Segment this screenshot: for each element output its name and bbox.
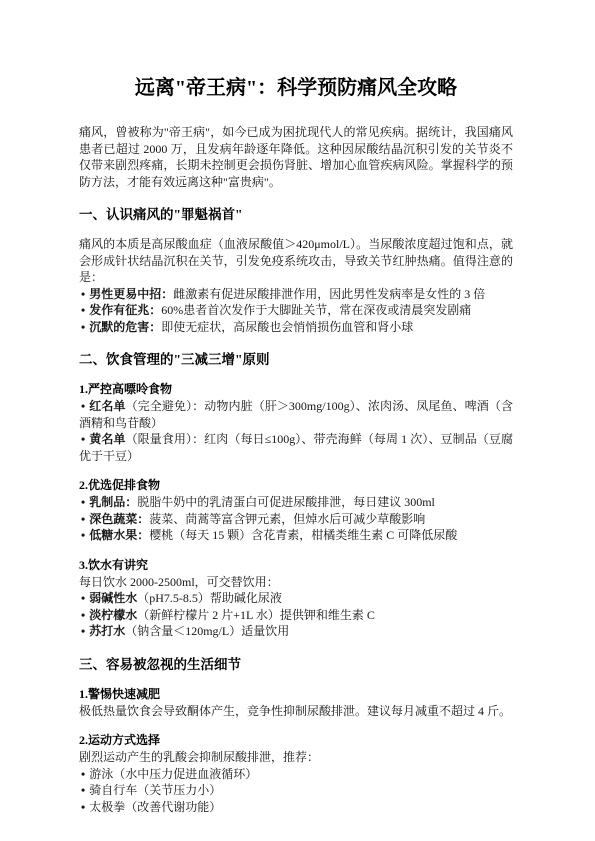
bullet-item-red-list: 红名单（完全避免）：动物内脏（肝＞300mg/100g）、浓肉汤、凤尾鱼、啤酒（… (79, 398, 513, 431)
bullet-item-male-risk: 男性更易中招：雌激素有促进尿酸排泄作用，因此男性发病率是女性的 3 倍 (79, 286, 513, 303)
section-1-paragraph: 痛风的本质是高尿酸血症（血液尿酸值＞420μmol/L）。当尿酸浓度超过饱和点，… (79, 236, 513, 286)
bullet-item-yellow-list: 黄名单（限量食用）：红肉（每日≤100g）、带壳海鲜（每周 1 次）、豆制品（豆… (79, 431, 513, 464)
weightloss-paragraph: 极低热量饮食会导致酮体产生，竞争性抑制尿酸排泄。建议每月减重不超过 4 斤。 (79, 703, 513, 720)
subsection-purine-heading: 1.严控高嘌呤食物 (79, 381, 513, 398)
bullet-lead: 深色蔬菜： (89, 512, 149, 526)
water-intro-paragraph: 每日饮水 2000-2500ml，可交替饮用： (79, 574, 513, 591)
bullet-text: 即使无症状，高尿酸也会悄悄损伤血管和肾小球 (161, 320, 413, 334)
bullet-lead: 红名单 (89, 399, 125, 413)
document-page: 远离"帝王病"：科学预防痛风全攻略 痛风，曾被称为"帝王病"，如今已成为困扰现代… (0, 0, 595, 841)
exercise-intro-paragraph: 剧烈运动产生的乳酸会抑制尿酸排泄，推荐： (79, 749, 513, 766)
section-3-heading: 三、容易被忽视的生活细节 (79, 656, 513, 673)
bullet-item-dark-vegetables: 深色蔬菜：菠菜、茼蒿等富含钾元素，但焯水后可减少草酸影响 (79, 511, 513, 528)
bullet-item-cycling: 骑自行车（关节压力小） (79, 782, 513, 799)
bullet-text: （限量食用）：红肉（每日≤100g）、带壳海鲜（每周 1 次）、豆制品（豆腐优于… (79, 432, 513, 463)
subsection-water-heading: 3.饮水有讲究 (79, 557, 513, 574)
bullet-text: （完全避免）：动物内脏（肝＞300mg/100g）、浓肉汤、凤尾鱼、啤酒（含酒精… (79, 399, 513, 430)
section-1-bullet-list: 男性更易中招：雌激素有促进尿酸排泄作用，因此男性发病率是女性的 3 倍 发作有征… (79, 286, 513, 336)
bullet-lead: 乳制品： (89, 495, 137, 509)
bullet-item-soda-water: 苏打水（钠含量＜120mg/L）适量饮用 (79, 623, 513, 640)
excretion-bullet-list: 乳制品：脱脂牛奶中的乳清蛋白可促进尿酸排泄，每日建议 300ml 深色蔬菜：菠菜… (79, 494, 513, 544)
bullet-item-dairy: 乳制品：脱脂牛奶中的乳清蛋白可促进尿酸排泄，每日建议 300ml (79, 494, 513, 511)
bullet-lead: 淡柠檬水 (89, 608, 137, 622)
bullet-lead: 弱碱性水 (89, 591, 137, 605)
bullet-item-onset-signs: 发作有征兆：60%患者首次发作于大脚趾关节，常在深夜或清晨突发剧痛 (79, 302, 513, 319)
document-title: 远离"帝王病"：科学预防痛风全攻略 (79, 76, 513, 100)
intro-paragraph: 痛风，曾被称为"帝王病"，如今已成为困扰现代人的常见疾病。据统计，我国痛风患者已… (79, 124, 513, 190)
bullet-text: 樱桃（每天 15 颗）含花青素，柑橘类维生素 C 可降低尿酸 (149, 528, 457, 542)
bullet-item-taichi: 太极拳（改善代谢功能） (79, 799, 513, 816)
subsection-excretion-heading: 2.优选促排食物 (79, 477, 513, 494)
bullet-lead: 发作有征兆： (89, 303, 161, 317)
bullet-text: 菠菜、茼蒿等富含钾元素，但焯水后可减少草酸影响 (149, 512, 425, 526)
bullet-lead: 男性更易中招： (89, 287, 173, 301)
bullet-lead: 苏打水 (89, 624, 125, 638)
bullet-text: 60%患者首次发作于大脚趾关节，常在深夜或清晨突发剧痛 (161, 303, 471, 317)
bullet-text: 脱脂牛奶中的乳清蛋白可促进尿酸排泄，每日建议 300ml (137, 495, 435, 509)
bullet-text: （钠含量＜120mg/L）适量饮用 (125, 624, 289, 638)
section-2-heading: 二、饮食管理的"三减三增"原则 (79, 351, 513, 368)
bullet-text: 游泳（水中压力促进血液循环） (89, 767, 257, 781)
bullet-lead: 沉默的危害： (89, 320, 161, 334)
bullet-item-swimming: 游泳（水中压力促进血液循环） (79, 766, 513, 783)
purine-bullet-list: 红名单（完全避免）：动物内脏（肝＞300mg/100g）、浓肉汤、凤尾鱼、啤酒（… (79, 398, 513, 464)
bullet-lead: 黄名单 (89, 432, 125, 446)
section-1-heading: 一、认识痛风的"罪魁祸首" (79, 206, 513, 223)
subsection-exercise-heading: 2.运动方式选择 (79, 732, 513, 749)
subsection-weightloss-heading: 1.警惕快速减肥 (79, 686, 513, 703)
bullet-item-alkaline-water: 弱碱性水（pH7.5-8.5）帮助碱化尿液 (79, 590, 513, 607)
exercise-bullet-list: 游泳（水中压力促进血液循环） 骑自行车（关节压力小） 太极拳（改善代谢功能） (79, 766, 513, 816)
bullet-text: 雌激素有促进尿酸排泄作用，因此男性发病率是女性的 3 倍 (173, 287, 485, 301)
water-bullet-list: 弱碱性水（pH7.5-8.5）帮助碱化尿液 淡柠檬水（新鲜柠檬片 2 片+1L … (79, 590, 513, 640)
bullet-item-silent-harm: 沉默的危害：即使无症状，高尿酸也会悄悄损伤血管和肾小球 (79, 319, 513, 336)
bullet-text: 太极拳（改善代谢功能） (89, 800, 221, 814)
bullet-item-lemon-water: 淡柠檬水（新鲜柠檬片 2 片+1L 水）提供钾和维生素 C (79, 607, 513, 624)
bullet-text: 骑自行车（关节压力小） (89, 783, 221, 797)
bullet-item-low-sugar-fruit: 低糖水果：樱桃（每天 15 颗）含花青素，柑橘类维生素 C 可降低尿酸 (79, 527, 513, 544)
bullet-text: （pH7.5-8.5）帮助碱化尿液 (137, 591, 282, 605)
bullet-lead: 低糖水果： (89, 528, 149, 542)
bullet-text: （新鲜柠檬片 2 片+1L 水）提供钾和维生素 C (137, 608, 375, 622)
